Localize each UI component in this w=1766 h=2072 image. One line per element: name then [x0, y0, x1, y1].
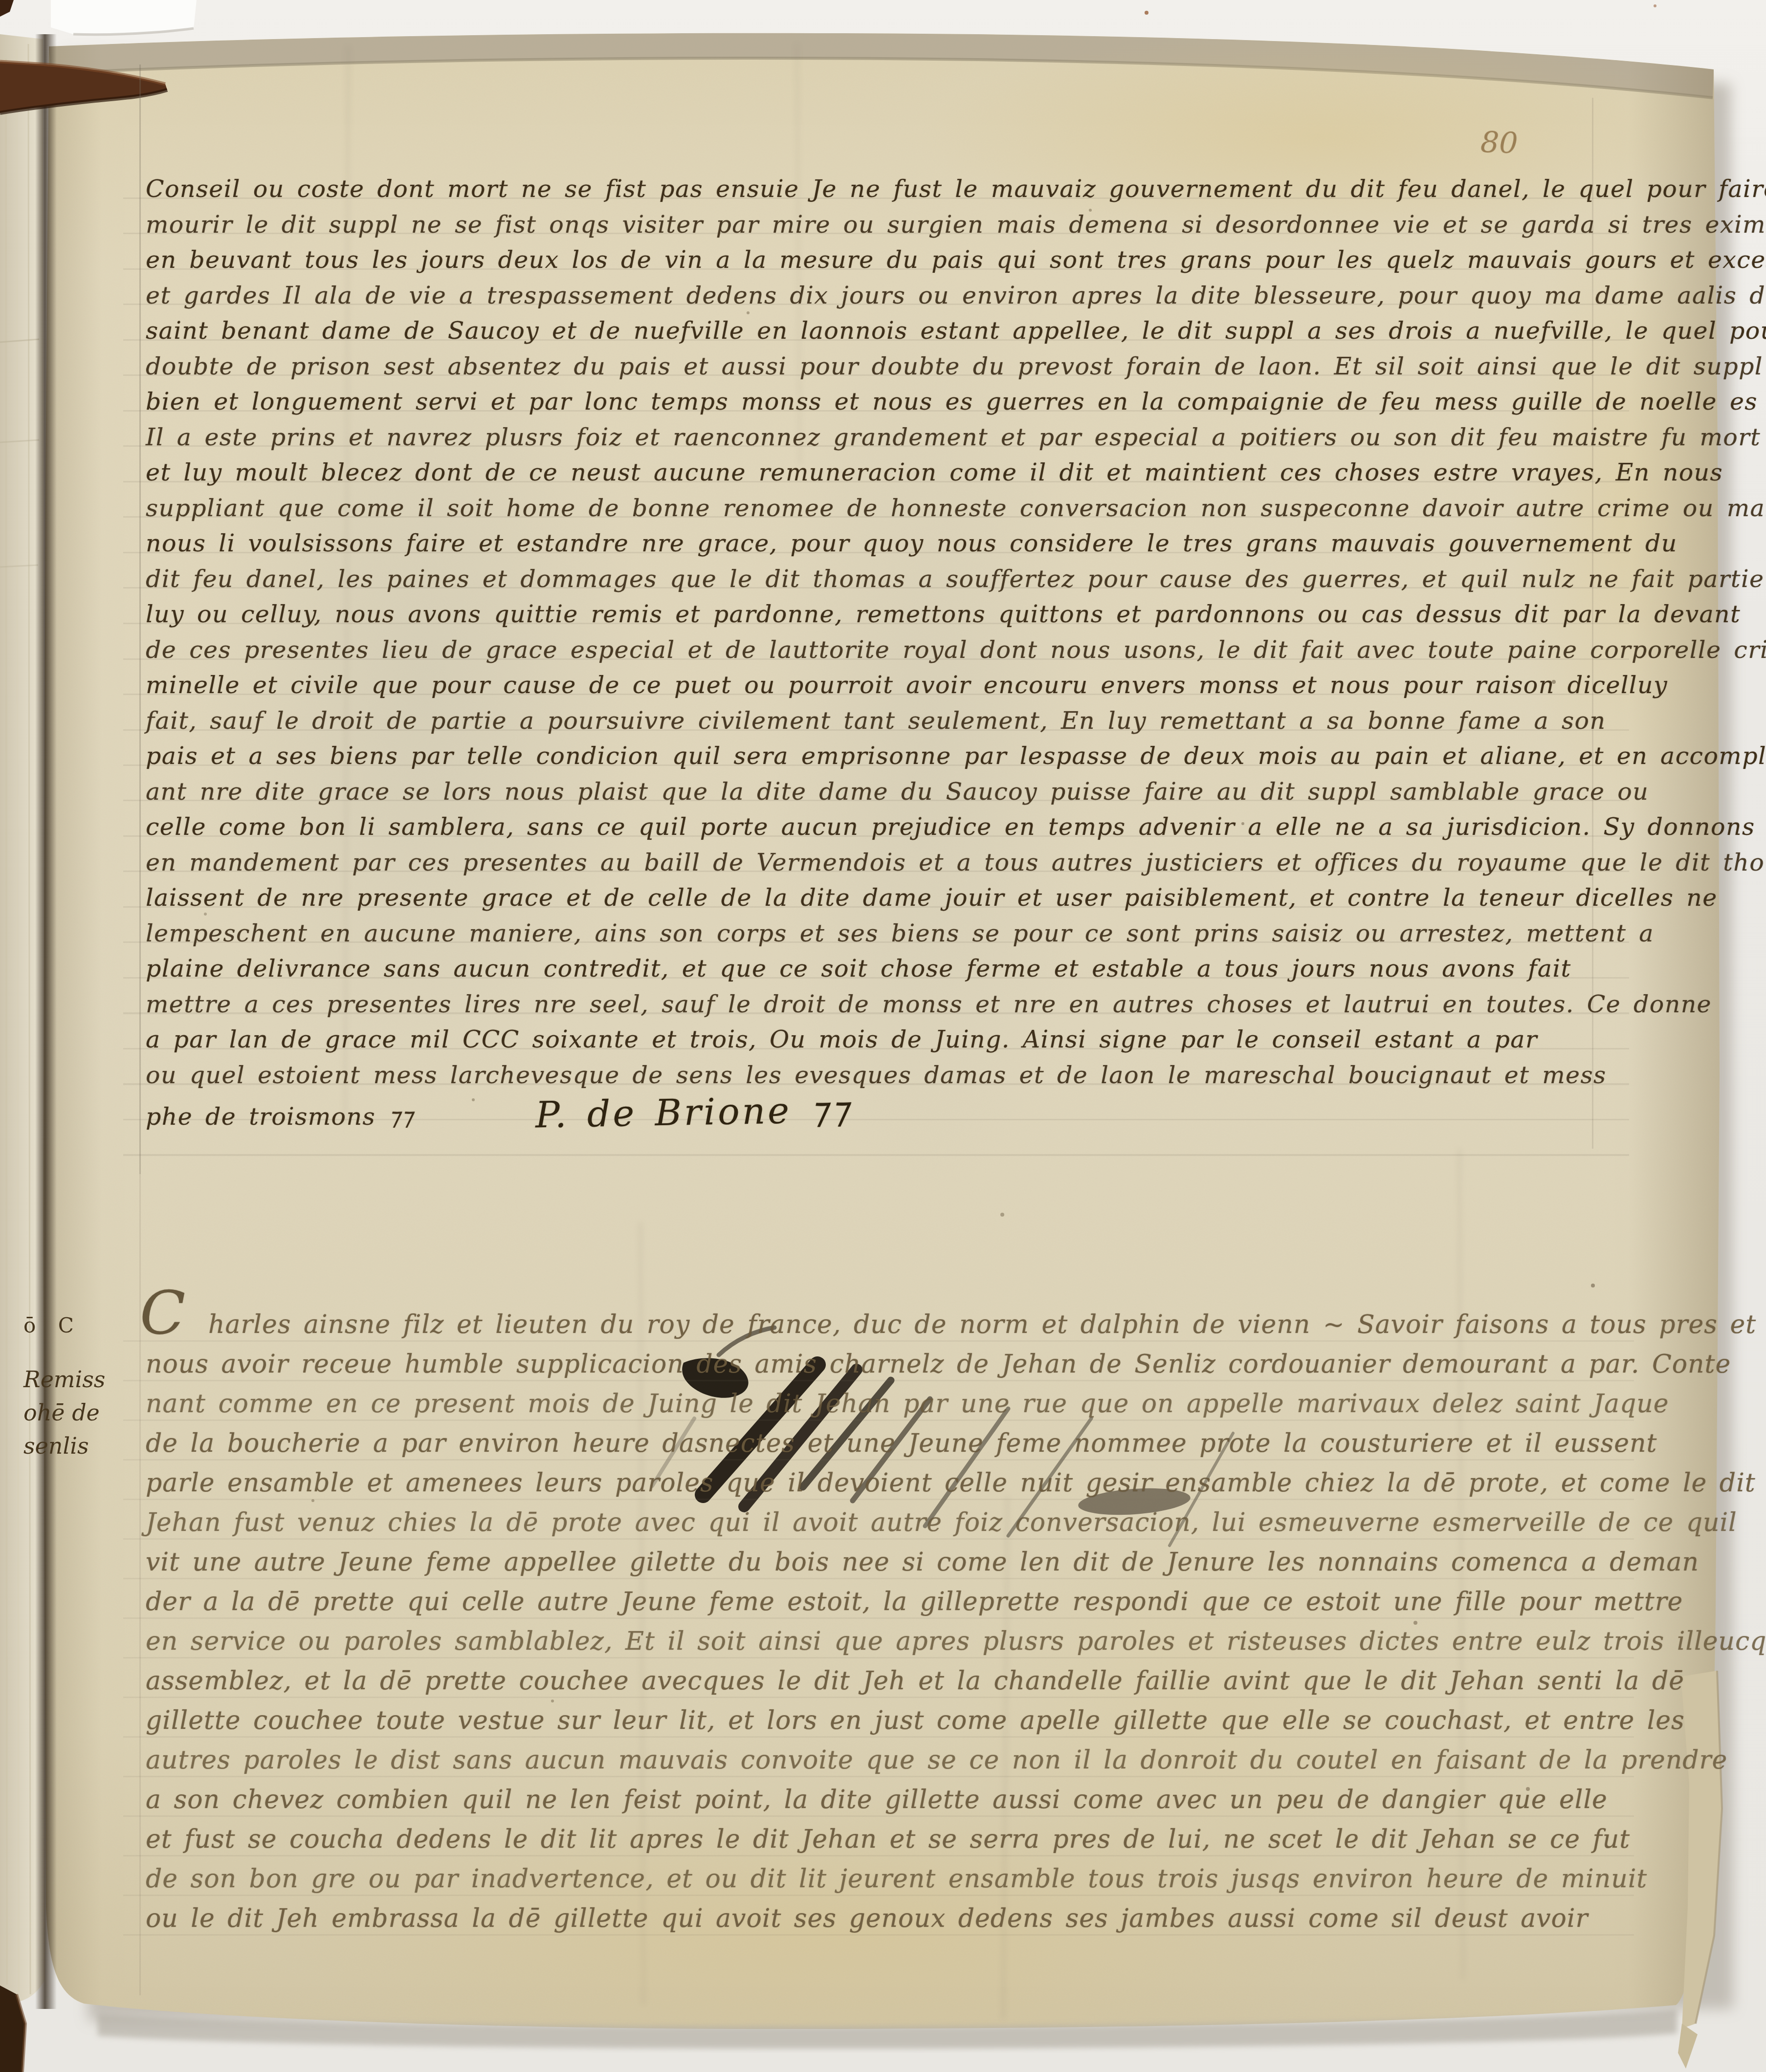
manuscript-line: Conseil ou coste dont mort ne se fist pa…	[146, 170, 1671, 206]
manuscript-line: assemblez, et la dē prette couchee avecq…	[146, 1660, 1676, 1700]
manuscript-scan: 80 Conseil ou coste dont mort ne se fist…	[0, 0, 1766, 2072]
manuscript-line: celle come bon li samblera, sans ce quil…	[146, 808, 1671, 844]
manuscript-line: plaine delivrance sans aucun contredit, …	[146, 950, 1671, 985]
manuscript-line: en service ou paroles samblablez, Et il …	[146, 1621, 1676, 1660]
manuscript-line: ant nre dite grace se lors nous plaist q…	[146, 773, 1671, 808]
manuscript-line: Jehan fust venuz chies la dē prote avec …	[146, 1502, 1676, 1542]
margin-note-line: Remiss	[23, 1365, 146, 1398]
margin-note-line: ohē de	[23, 1398, 146, 1431]
entry2-text-block: Charles ainsne filz et lieuten du roy de…	[146, 1304, 1676, 1938]
clerk-signature: P. de Brione ⁊⁊	[535, 1089, 851, 1136]
manuscript-line: autres paroles le dist sans aucun mauvai…	[146, 1740, 1676, 1779]
manuscript-line: luy ou celluy, nous avons quittie remis …	[146, 595, 1671, 631]
entry1-text-block: Conseil ou coste dont mort ne se fist pa…	[146, 170, 1671, 1134]
manuscript-line: Il a este prins et navrez plusrs foiz et…	[146, 418, 1671, 454]
decorated-initial: C	[140, 1292, 186, 1334]
margin-marks: ō C	[23, 1311, 146, 1365]
manuscript-line: mettre a ces presentes lires nre seel, s…	[146, 985, 1671, 1021]
manuscript-line: laissent de nre presente grace et de cel…	[146, 879, 1671, 915]
manuscript-line: lempeschent en aucune maniere, ains son …	[146, 915, 1671, 950]
manuscript-line: en beuvant tous les jours deux los de vi…	[146, 241, 1671, 277]
manuscript-line: nant comme en ce present mois de Juing l…	[146, 1383, 1676, 1423]
manuscript-line: a par lan de grace mil CCC soixante et t…	[146, 1021, 1671, 1056]
manuscript-line: et gardes Il ala de vie a trespassement …	[146, 277, 1671, 312]
manuscript-line: en mandement par ces presentes au baill …	[146, 844, 1671, 879]
entry1-closing: phe de troismons ⁊⁊	[146, 1103, 413, 1131]
manuscript-line: de la boucherie a par environ heure dasn…	[146, 1423, 1676, 1462]
manuscript-line: vit une autre Jeune feme appellee gilett…	[146, 1542, 1676, 1581]
manuscript-line: parle ensamble et amenees leurs paroles …	[146, 1462, 1676, 1502]
manuscript-line: mourir le dit suppl ne se fist onqs visi…	[146, 206, 1671, 241]
folio-number: 80	[1480, 126, 1519, 161]
manuscript-line: bien et longuement servi et par lonc tem…	[146, 383, 1671, 418]
margin-annotation: ō C Remiss ohē de senlis	[23, 1311, 146, 1464]
margin-note-line: senlis	[23, 1431, 146, 1464]
manuscript-line: doubte de prison sest absentez du pais e…	[146, 348, 1671, 383]
manuscript-line: nous li voulsissons faire et estandre nr…	[146, 524, 1671, 560]
manuscript-line: fait, sauf le droit de partie a poursuiv…	[146, 702, 1671, 738]
manuscript-line: de son bon gre ou par inadvertence, et o…	[146, 1858, 1676, 1898]
entry1-closing-row: phe de troismons ⁊⁊P. de Brione ⁊⁊	[146, 1091, 1671, 1134]
manuscript-line: et luy moult blecez dont de ce neust auc…	[146, 454, 1671, 489]
manuscript-line: dit feu danel, les paines et dommages qu…	[146, 560, 1671, 596]
manuscript-line: nous avoir receue humble supplicacion de…	[146, 1344, 1676, 1383]
manuscript-line-first: Charles ainsne filz et lieuten du roy de…	[146, 1304, 1676, 1344]
manuscript-line: suppliant que come il soit home de bonne…	[146, 489, 1671, 525]
manuscript-line: minelle et civile que pour cause de ce p…	[146, 666, 1671, 702]
manuscript-line: der a la dē prette qui celle autre Jeune…	[146, 1581, 1676, 1621]
manuscript-line: ou quel estoient mess larchevesque de se…	[146, 1056, 1671, 1092]
manuscript-line: saint benant dame de Saucoy et de nuefvi…	[146, 312, 1671, 348]
manuscript-line: de ces presentes lieu de grace especial …	[146, 631, 1671, 667]
margin-rule-left	[139, 65, 141, 1174]
manuscript-line: et fust se coucha dedens le dit lit apre…	[146, 1819, 1676, 1858]
manuscript-line: ou le dit Jeh embrassa la dē gillette qu…	[146, 1898, 1676, 1938]
gutter-shadow	[35, 34, 57, 2009]
manuscript-line: harles ainsne filz et lieuten du roy de …	[208, 1310, 1766, 1339]
manuscript-line: pais et a ses biens par telle condicion …	[146, 737, 1671, 773]
manuscript-line: gillette couchee toute vestue sur leur l…	[146, 1700, 1676, 1740]
manuscript-line: a son chevez combien quil ne len feist p…	[146, 1779, 1676, 1819]
